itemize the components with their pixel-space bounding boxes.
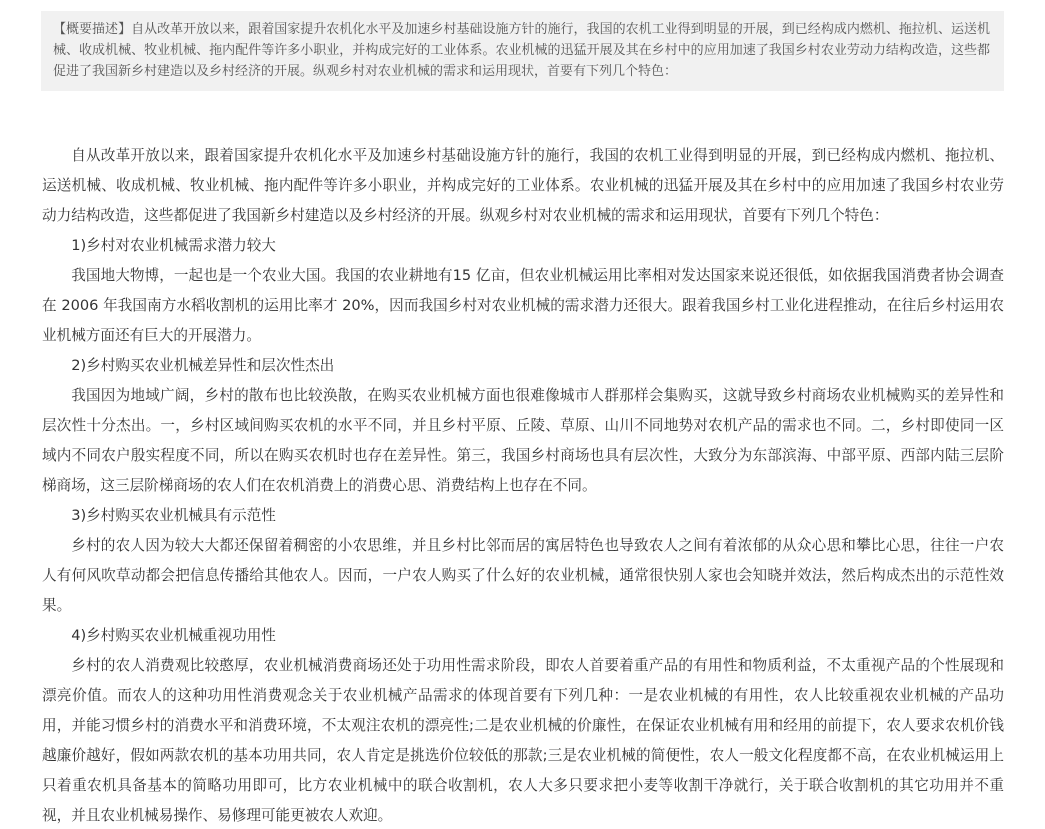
article-intro: 自从改革开放以来，跟着国家提升农机化水平及加速乡村基础设施方针的施行，我国的农机… bbox=[42, 141, 1004, 231]
article-body: 自从改革开放以来，跟着国家提升农机化水平及加速乡村基础设施方针的施行，我国的农机… bbox=[42, 141, 1004, 829]
section-body-3: 乡村的农人因为较大大都还保留着稠密的小农思维，并且乡村比邻而居的寓居特色也导致农… bbox=[42, 531, 1004, 621]
section-heading-2: 2)乡村购买农业机械差异性和层次性杰出 bbox=[42, 351, 1004, 381]
summary-label: 【概要描述】 bbox=[53, 22, 131, 37]
summary-box: 【概要描述】自从改革开放以来，跟着国家提升农机化水平及加速乡村基础设施方针的施行… bbox=[41, 11, 1004, 91]
section-body-2: 我国因为地域广阔，乡村的散布也比较涣散，在购买农业机械方面也很难像城市人群那样会… bbox=[42, 381, 1004, 501]
section-body-1: 我国地大物博，一起也是一个农业大国。我国的农业耕地有15 亿亩，但农业机械运用比… bbox=[42, 261, 1004, 351]
summary-text: 自从改革开放以来，跟着国家提升农机化水平及加速乡村基础设施方针的施行，我国的农机… bbox=[53, 22, 990, 79]
section-body-4: 乡村的农人消费观比较憨厚，农业机械消费商场还处于功用性需求阶段，即农人首要着重产… bbox=[42, 651, 1004, 829]
section-heading-1: 1)乡村对农业机械需求潜力较大 bbox=[42, 231, 1004, 261]
section-heading-4: 4)乡村购买农业机械重视功用性 bbox=[42, 621, 1004, 651]
section-heading-3: 3)乡村购买农业机械具有示范性 bbox=[42, 501, 1004, 531]
